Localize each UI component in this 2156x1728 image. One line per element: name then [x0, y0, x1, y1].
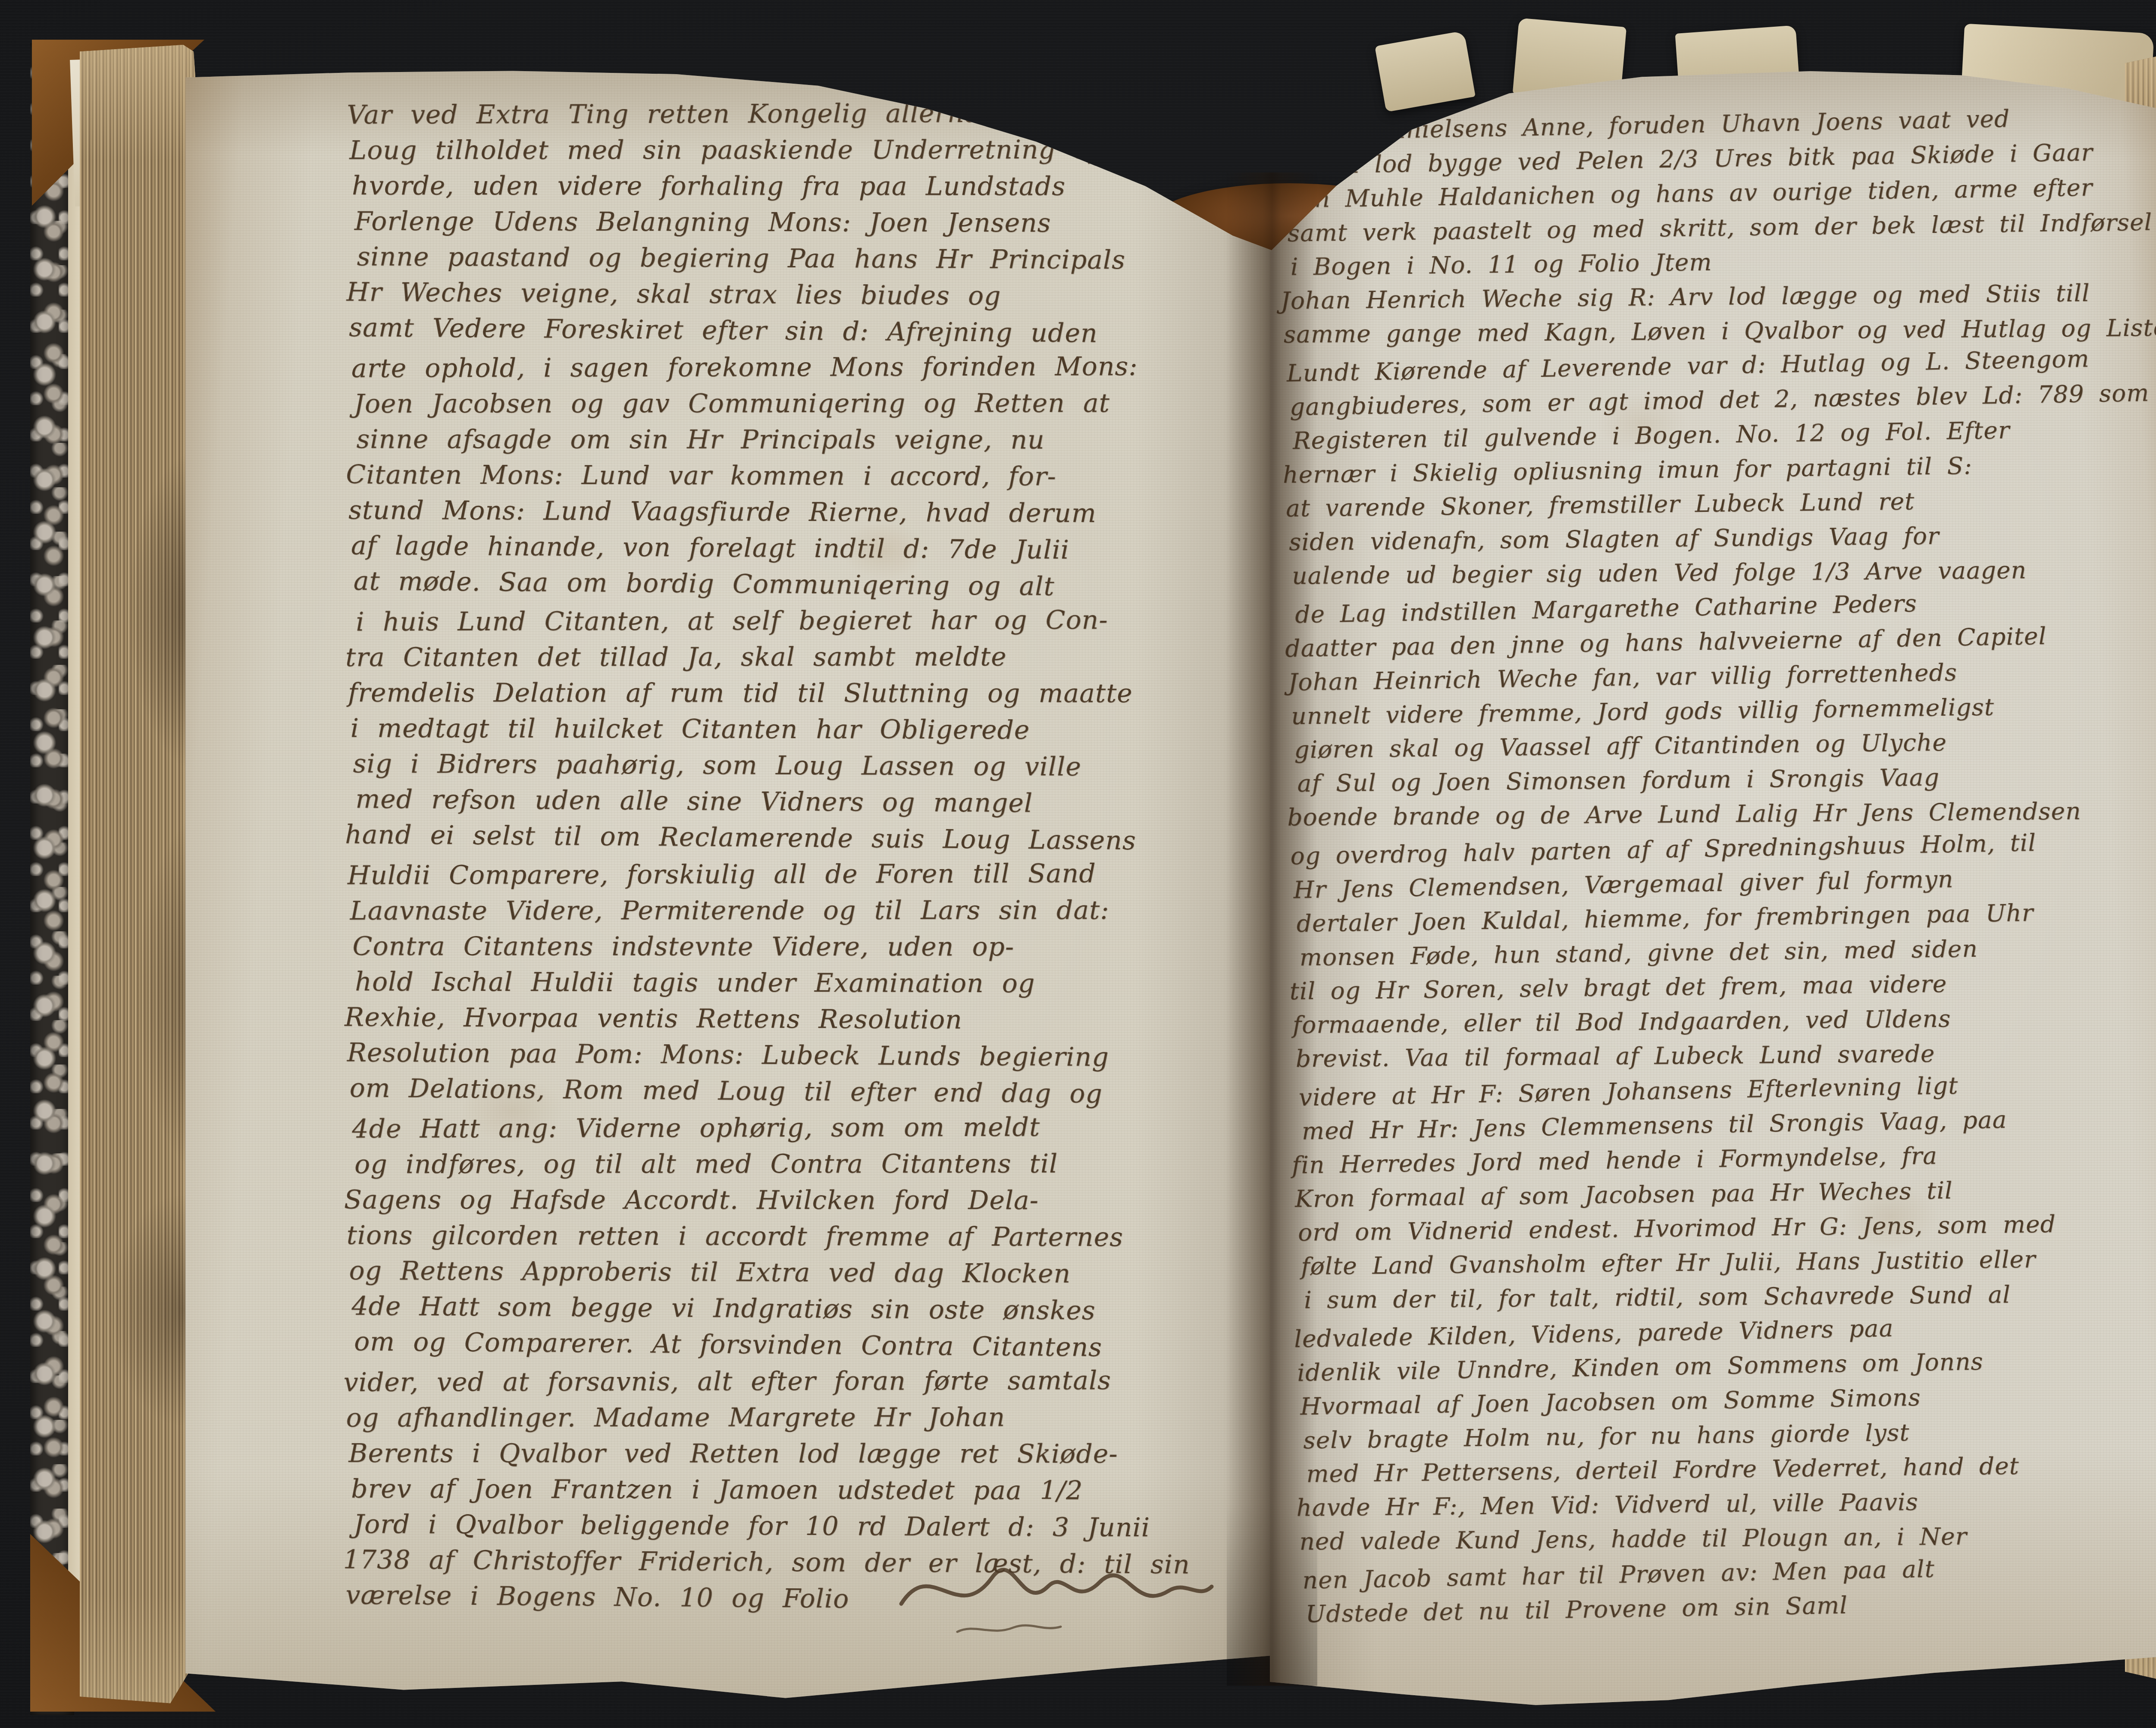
left-page: Var ved Extra Ting retten Kongelig aller…	[185, 56, 1276, 1703]
handwritten-line: hand ei selst til om Reclamerende suis L…	[345, 817, 1255, 860]
handwritten-line: Hr Weches veigne, skal strax lies biudes…	[346, 274, 1256, 316]
handwritten-line: Contra Citantens indstevnte Videre, uden…	[352, 928, 1254, 965]
handwritten-line: fremdelis Delation af rum tid til Sluttn…	[348, 675, 1255, 712]
handwritten-line: Laavnaste Videre, Permiterende og til La…	[350, 892, 1255, 929]
handwritten-line: tra Citanten det tillad Ja, skal sambt m…	[345, 639, 1255, 676]
handwritten-line: i huis Lund Citanten, at self begieret h…	[356, 601, 1255, 640]
handwritten-line: samt Vedere Foreskiret efter sin d: Afre…	[349, 310, 1257, 353]
handwritten-line: Resolution paa Pom: Mons: Lubeck Lunds b…	[347, 1035, 1254, 1077]
handwritten-line: af lagde hinande, von forelagt indtil d:…	[351, 528, 1256, 570]
handwritten-line: stund Mons: Lund Vaagsfiurde Rierne, hva…	[348, 492, 1256, 532]
handwritten-line: 4de Hatt ang: Viderne ophørig, som om me…	[352, 1108, 1254, 1147]
handwritten-line: hvorde, uden videre forhaling fra paa Lu…	[352, 168, 1257, 205]
left-page-text: Var ved Extra Ting retten Kongelig aller…	[343, 94, 1257, 1618]
signature-flourish	[893, 1539, 1220, 1651]
handwritten-line: brev af Joen Frantzen i Jamoen udstedet …	[351, 1471, 1253, 1509]
handwritten-line: Joen Jacobsen og gav Communiqering og Re…	[354, 385, 1256, 422]
handwritten-line: med refson uden alle sine Vidners og man…	[355, 781, 1255, 823]
handwritten-line: arte ophold, i sagen forekomne Mons fori…	[351, 348, 1256, 386]
handwritten-line: hold Ischal Huldii tagis under Examinati…	[355, 964, 1254, 1002]
handwritten-line: Huldii Comparere, forskiulig all de Fore…	[348, 855, 1255, 894]
right-page-text: Jesper Danielsens Anne, foruden Uhavn Jo…	[1278, 101, 2139, 1630]
handwritten-line: tions gilcorden retten i accordt fremme …	[347, 1217, 1254, 1256]
handwritten-line: sinne paastand og begiering Paa hans Hr …	[357, 238, 1256, 279]
handwritten-line: og indføres, og til alt med Contra Citan…	[354, 1146, 1254, 1183]
handwritten-line: og afhandlinger. Madame Margrete Hr Joha…	[346, 1399, 1253, 1436]
handwritten-line: vider, ved at forsavnis, alt efter foran…	[344, 1362, 1253, 1401]
handwritten-line: om og Comparerer. At forsvinden Contra C…	[354, 1324, 1254, 1367]
right-page: Jesper Danielsens Anne, foruden Uhavn Jo…	[1270, 60, 2156, 1712]
handwritten-line: Rexhie, Hvorpaa ventis Rettens Resolutio…	[345, 999, 1254, 1039]
handwritten-line: Berents i Qvalbor ved Retten lod lægge r…	[348, 1435, 1253, 1472]
torn-paper-flap	[1375, 31, 1476, 112]
handwritten-line: Var ved Extra Ting retten Kongelig aller…	[347, 94, 1257, 133]
handwritten-line: Loug tilholdet med sin paaskiende Underr…	[349, 131, 1257, 169]
marbled-cover-edge	[30, 43, 74, 1715]
handwritten-line: sig i Bidrers paahørig, som Loug Lassen …	[353, 745, 1255, 786]
handwritten-line: Citanten Mons: Lund var kommen i accord,…	[346, 457, 1256, 495]
handwritten-line: i medtagt til huilcket Citanten har Obli…	[351, 710, 1255, 748]
handwritten-line: Forlenge Udens Belangning Mons: Joen Jen…	[354, 203, 1257, 241]
handwritten-line: om Delations, Rom med Loug til efter end…	[349, 1070, 1254, 1113]
handwritten-line: og Rettens Approberis til Extra ved dag …	[349, 1252, 1253, 1293]
handwritten-line: 4de Hatt som begge vi Indgratiøs sin ost…	[351, 1288, 1253, 1330]
handwritten-line: Sagens og Hafsde Accordt. Hvilcken ford …	[344, 1182, 1254, 1219]
handwritten-line: sinne afsagde om sin Hr Principals veign…	[356, 421, 1256, 458]
handwritten-line: at møde. Saa om bordig Communiqering og …	[353, 563, 1256, 606]
photo-backdrop: d:s:dsing SozHeiahirstel.b.HoLoog b:d.mi…	[0, 0, 2156, 1728]
